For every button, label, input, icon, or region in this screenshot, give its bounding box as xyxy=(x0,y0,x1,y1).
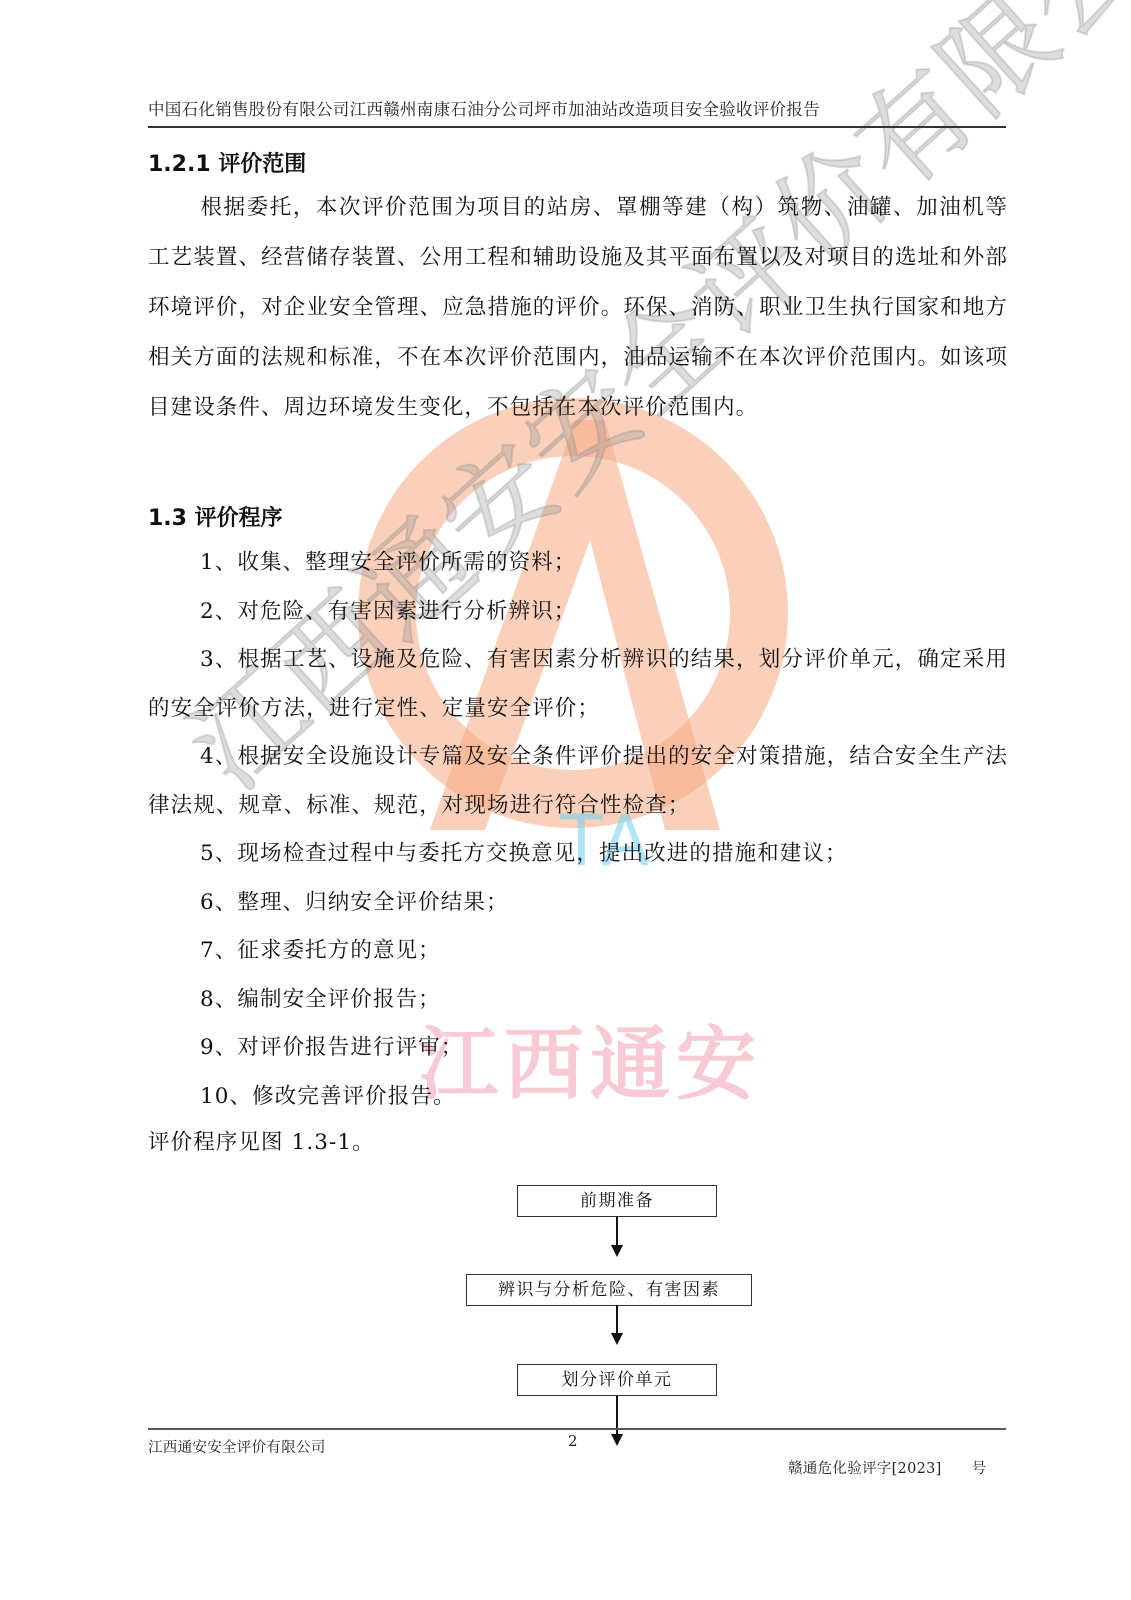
flow-box-preparation: 前期准备 xyxy=(517,1185,717,1217)
flow-arrow-line xyxy=(616,1396,618,1436)
procedure-step: 6、整理、归纳安全评价结果； xyxy=(148,879,1008,928)
procedure-step: 7、征求委托方的意见； xyxy=(148,927,1008,976)
flow-arrow-line xyxy=(616,1216,618,1246)
arrow-down-icon xyxy=(611,1434,623,1446)
document-page: TA 江西通安 江西通安安全评价有限公司 中国石化销售股份有限公司江西赣州南康石… xyxy=(0,0,1131,1600)
procedure-step: 1、收集、整理安全评价所需的资料； xyxy=(148,539,1008,588)
flow-box-evaluation-units: 划分评价单元 xyxy=(517,1364,717,1396)
procedure-step: 3、根据工艺、设施及危险、有害因素分析辨识的结果，划分评价单元，确定采用的安全评… xyxy=(148,636,1008,733)
flow-box-hazard-identification: 辨识与分析危险、有害因素 xyxy=(466,1274,752,1306)
footer-doc-code: 赣通危化验评字[2023]号 xyxy=(788,1457,986,1478)
procedure-step: 5、现场检查过程中与委托方交换意见，提出改进的措施和建议； xyxy=(148,830,1008,879)
arrow-down-icon xyxy=(611,1245,623,1257)
procedure-step: 4、根据安全设施设计专篇及安全条件评价提出的安全对策措施，结合安全生产法律法规、… xyxy=(148,733,1008,830)
scope-paragraph: 根据委托，本次评价范围为项目的站房、罩棚等建（构）筑物、油罐、加油机等工艺装置、… xyxy=(148,183,1008,433)
doc-code-text: 赣通危化验评字[2023] xyxy=(788,1461,942,1477)
procedure-step: 2、对危险、有害因素进行分析辨识； xyxy=(148,588,1008,637)
procedure-step: 10、修改完善评价报告。 xyxy=(148,1073,1008,1122)
scope-paragraph-text: 根据委托，本次评价范围为项目的站房、罩棚等建（构）筑物、油罐、加油机等工艺装置、… xyxy=(148,195,1008,420)
section-heading-1-2-1: 1.2.1 评价范围 xyxy=(148,147,306,178)
procedure-steps-list: 1、收集、整理安全评价所需的资料； 2、对危险、有害因素进行分析辨识； 3、根据… xyxy=(148,539,1008,1121)
page-content: 中国石化销售股份有限公司江西赣州南康石油分公司坪市加油站改造项目安全验收评价报告… xyxy=(0,0,1131,1600)
section-heading-1-3: 1.3 评价程序 xyxy=(148,501,283,532)
arrow-down-icon xyxy=(611,1333,623,1345)
header-divider xyxy=(148,126,1006,128)
flow-arrow-line xyxy=(616,1305,618,1335)
figure-reference: 评价程序见图 1.3-1。 xyxy=(148,1125,375,1156)
running-header: 中国石化销售股份有限公司江西赣州南康石油分公司坪市加油站改造项目安全验收评价报告 xyxy=(148,96,1008,120)
procedure-step: 9、对评价报告进行评审； xyxy=(148,1024,1008,1073)
footer-company: 江西通安安全评价有限公司 xyxy=(148,1436,326,1457)
footer-divider xyxy=(148,1428,1006,1430)
procedure-step: 8、编制安全评价报告； xyxy=(148,976,1008,1025)
doc-code-suffix: 号 xyxy=(972,1461,987,1477)
page-number: 2 xyxy=(568,1432,578,1450)
